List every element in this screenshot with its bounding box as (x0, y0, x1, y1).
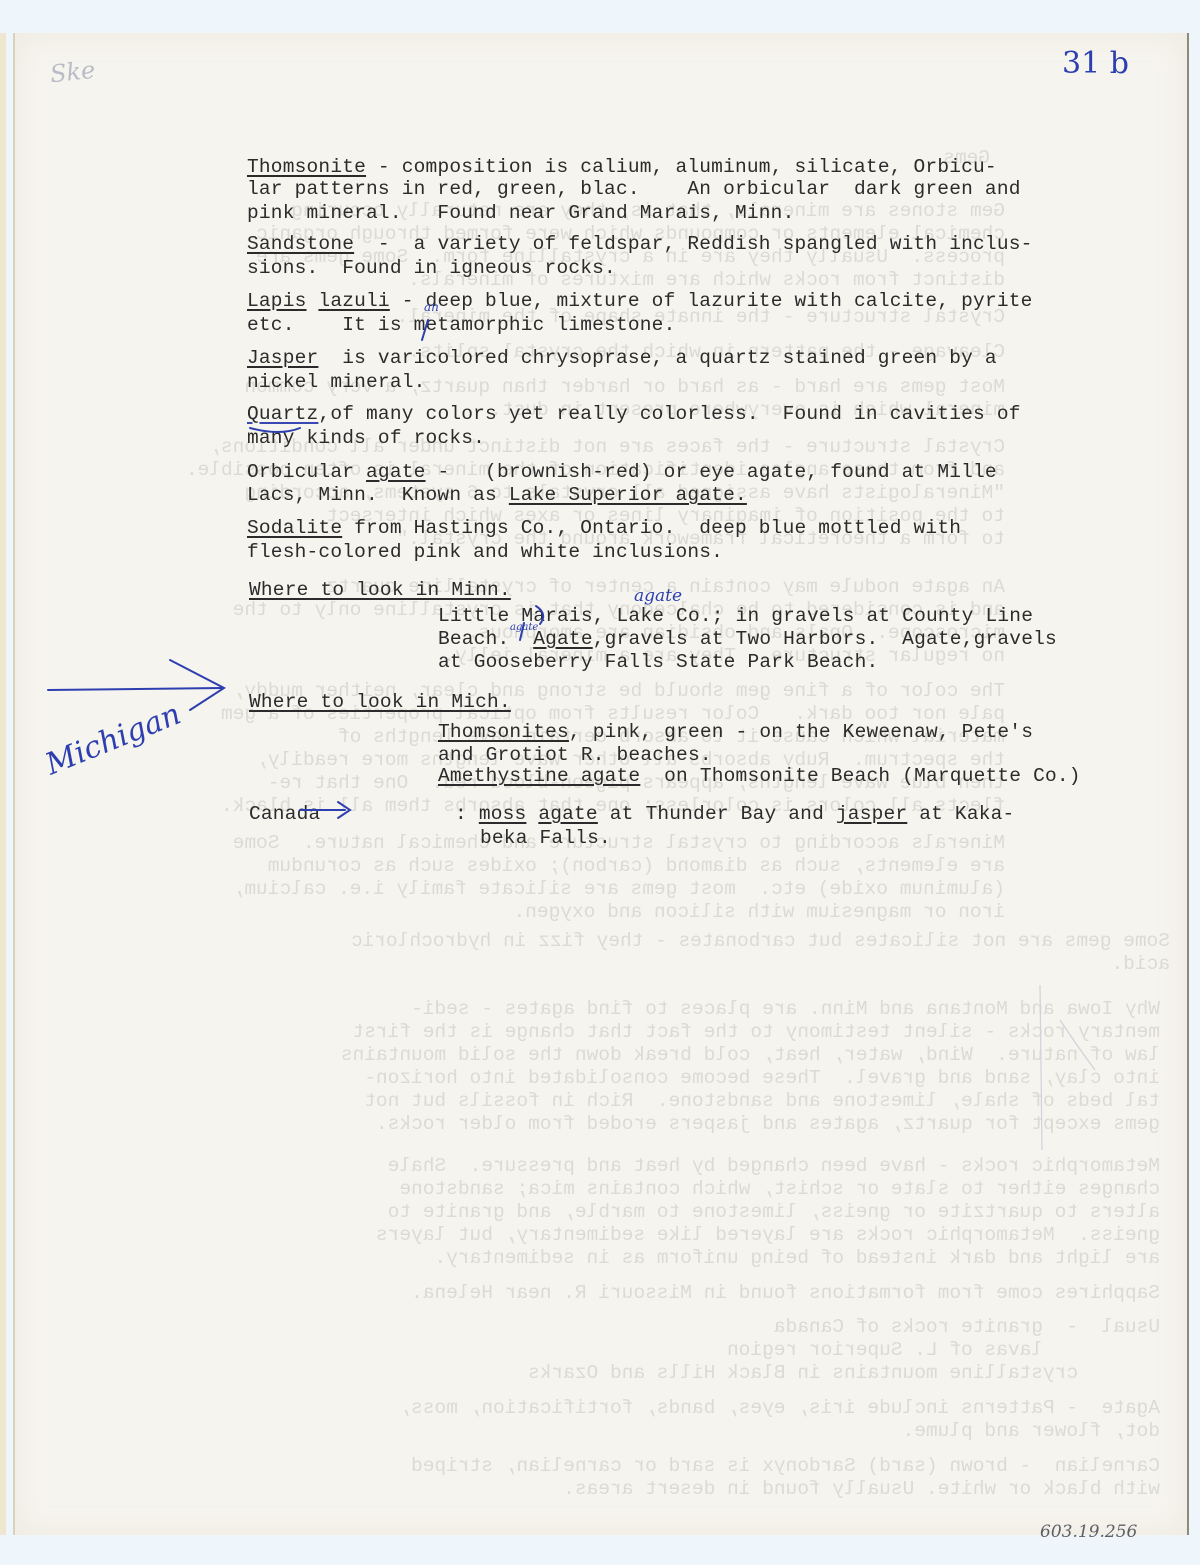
ink-annotations (0, 0, 1200, 1565)
arrow-head-icon (170, 660, 224, 710)
arrow-line-michigan (48, 688, 222, 690)
